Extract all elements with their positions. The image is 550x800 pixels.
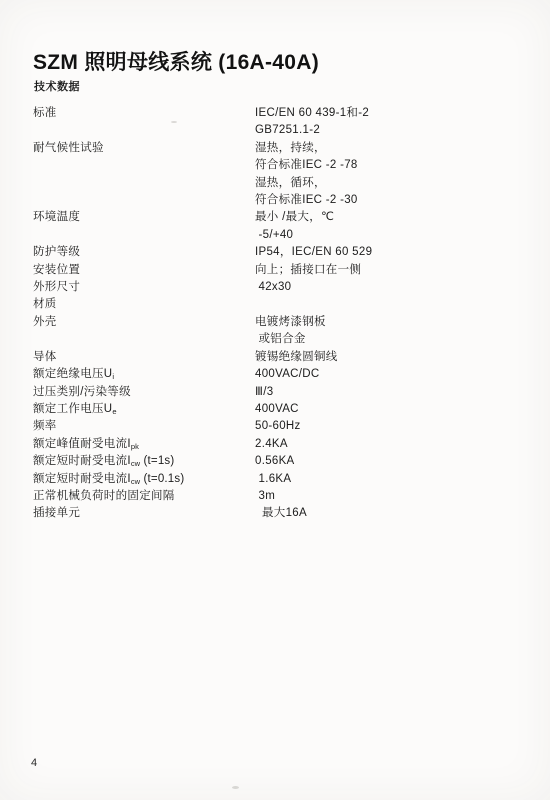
spec-values: 镀锡绝缘圆铜线 (255, 349, 525, 366)
spec-label-subscript: e (112, 407, 116, 416)
spec-label: 正常机械负荷时的固定间隔 (33, 488, 255, 505)
spec-values: 最小 /最大，℃ -5/+40 (255, 209, 525, 244)
spec-row: 防护等级 IP54，IEC/EN 60 529 (33, 244, 525, 261)
scan-speck (171, 121, 177, 123)
spec-label-text: 过压类别/污染等级 (33, 386, 131, 398)
spec-label-suffix: (t=1s) (140, 455, 174, 467)
spec-label-text: 外形尺寸 (33, 281, 80, 293)
spec-values: 50-60Hz (255, 418, 525, 435)
spec-row: 标准 IEC/EN 60 439-1和-2GB7251.1-2 (33, 105, 525, 140)
spec-value-line: 最大16A (255, 505, 525, 522)
spec-values (255, 296, 525, 313)
spec-values: 400VAC/DC (255, 366, 525, 383)
spec-value-line: IEC/EN 60 439-1和-2 (255, 105, 525, 122)
spec-value-line: 42x30 (255, 279, 525, 296)
spec-row: 额定工作电压Ue 400VAC (33, 401, 525, 418)
spec-values: Ⅲ/3 (255, 384, 525, 401)
spec-label-text: 材质 (33, 298, 57, 310)
spec-value-line: 湿热，持续， (255, 140, 525, 157)
spec-row: 额定短时耐受电流Icw (t=0.1s) 1.6KA (33, 471, 525, 488)
spec-row: 导体 镀锡绝缘圆铜线 (33, 349, 525, 366)
spec-label: 标准 (33, 105, 255, 122)
spec-row: 外形尺寸 42x30 (33, 279, 525, 296)
spec-value-line: 电镀烤漆钢板 (255, 314, 525, 331)
spec-value-line: 1.6KA (255, 471, 525, 488)
spec-label-text: 环境温度 (33, 211, 80, 223)
spec-value-line: IP54，IEC/EN 60 529 (255, 244, 525, 261)
spec-value-line: 湿热，循环， (255, 175, 525, 192)
spec-label: 额定工作电压Ue (33, 401, 255, 418)
spec-value-line: 2.4KA (255, 436, 525, 453)
spec-row: 安装位置 向上；插接口在一侧 (33, 262, 525, 279)
spec-value-line: 400VAC (255, 401, 525, 418)
spec-values: 最大16A (255, 505, 525, 522)
spec-value-line: 最小 /最大，℃ (255, 209, 525, 226)
spec-label: 外形尺寸 (33, 279, 255, 296)
spec-values: 42x30 (255, 279, 525, 296)
spec-label: 额定短时耐受电流Icw (t=0.1s) (33, 471, 255, 488)
spec-label-text: 外壳 (33, 316, 57, 328)
spec-label: 额定短时耐受电流Icw (t=1s) (33, 453, 255, 470)
spec-label: 导体 (33, 349, 255, 366)
spec-values: 3m (255, 488, 525, 505)
spec-values: 0.56KA (255, 453, 525, 470)
spec-row: 过压类别/污染等级 Ⅲ/3 (33, 384, 525, 401)
spec-label-subscript: cw (131, 477, 140, 486)
spec-row: 频率 50-60Hz (33, 418, 525, 435)
spec-label: 材质 (33, 296, 255, 313)
spec-label-subscript: i (112, 372, 114, 381)
spec-row: 耐气候性试验 湿热，持续，符合标准IEC -2 -78湿热，循环，符合标准IEC… (33, 140, 525, 210)
spec-label-text: 额定工作电压U (33, 403, 112, 415)
spec-label-text: 防护等级 (33, 246, 80, 258)
spec-label-text: 导体 (33, 351, 57, 363)
spec-value-line: 或铝合金 (255, 331, 525, 348)
spec-label-text: 插接单元 (33, 507, 80, 519)
spec-values: 湿热，持续，符合标准IEC -2 -78湿热，循环，符合标准IEC -2 -30 (255, 140, 525, 210)
spec-label-text: 安装位置 (33, 264, 80, 276)
spec-value-line: 镀锡绝缘圆铜线 (255, 349, 525, 366)
spec-label-text: 额定绝缘电压U (33, 368, 112, 380)
spec-label: 过压类别/污染等级 (33, 384, 255, 401)
spec-label-text: 正常机械负荷时的固定间隔 (33, 490, 175, 502)
spec-row: 材质 (33, 296, 525, 313)
spec-label: 环境温度 (33, 209, 255, 226)
spec-value-line: 向上；插接口在一侧 (255, 262, 525, 279)
spec-value-line: GB7251.1-2 (255, 122, 525, 139)
spec-value-line: 3m (255, 488, 525, 505)
spec-label-text: 频率 (33, 420, 57, 432)
document-page: SZM 照明母线系统 (16A-40A) 技术数据 标准 IEC/EN 60 4… (0, 0, 550, 800)
page-title: SZM 照明母线系统 (16A-40A) (33, 46, 319, 76)
spec-label-text: 额定短时耐受电流I (33, 473, 131, 485)
spec-value-line: Ⅲ/3 (255, 384, 525, 401)
spec-value-line: 50-60Hz (255, 418, 525, 435)
spec-row: 额定短时耐受电流Icw (t=1s) 0.56KA (33, 453, 525, 470)
spec-values: 2.4KA (255, 436, 525, 453)
spec-label: 防护等级 (33, 244, 255, 261)
spec-row: 正常机械负荷时的固定间隔 3m (33, 488, 525, 505)
spec-values: 400VAC (255, 401, 525, 418)
page-subtitle: 技术数据 (34, 78, 80, 94)
spec-value-line: 400VAC/DC (255, 366, 525, 383)
spec-row: 插接单元 最大16A (33, 505, 525, 522)
spec-row: 额定峰值耐受电流Ipk 2.4KA (33, 436, 525, 453)
spec-label: 耐气候性试验 (33, 140, 255, 157)
spec-label-text: 额定峰值耐受电流I (33, 438, 131, 450)
spec-label: 外壳 (33, 314, 255, 331)
spec-value-line: 符合标准IEC -2 -30 (255, 192, 525, 209)
spec-label: 额定绝缘电压Ui (33, 366, 255, 383)
scan-speck (232, 786, 239, 789)
spec-label: 安装位置 (33, 262, 255, 279)
spec-row: 额定绝缘电压Ui 400VAC/DC (33, 366, 525, 383)
spec-label-subscript: pk (131, 442, 139, 451)
spec-row: 外壳 电镀烤漆钢板 或铝合金 (33, 314, 525, 349)
spec-values: 向上；插接口在一侧 (255, 262, 525, 279)
spec-values: IEC/EN 60 439-1和-2GB7251.1-2 (255, 105, 525, 140)
spec-value-line: 符合标准IEC -2 -78 (255, 157, 525, 174)
spec-label-text: 耐气候性试验 (33, 142, 104, 154)
spec-label-text: 额定短时耐受电流I (33, 455, 131, 467)
spec-label-text: 标准 (33, 107, 57, 119)
spec-row: 环境温度 最小 /最大，℃ -5/+40 (33, 209, 525, 244)
spec-values: 1.6KA (255, 471, 525, 488)
spec-values: 电镀烤漆钢板 或铝合金 (255, 314, 525, 349)
spec-label: 额定峰值耐受电流Ipk (33, 436, 255, 453)
page-number: 4 (31, 757, 37, 769)
spec-label: 插接单元 (33, 505, 255, 522)
spec-label-subscript: cw (131, 459, 140, 468)
spec-values: IP54，IEC/EN 60 529 (255, 244, 525, 261)
spec-value-line: 0.56KA (255, 453, 525, 470)
spec-table: 标准 IEC/EN 60 439-1和-2GB7251.1-2 耐气候性试验 湿… (33, 105, 525, 523)
spec-label: 频率 (33, 418, 255, 435)
spec-label-suffix: (t=0.1s) (140, 473, 184, 485)
spec-value-line: -5/+40 (255, 227, 525, 244)
